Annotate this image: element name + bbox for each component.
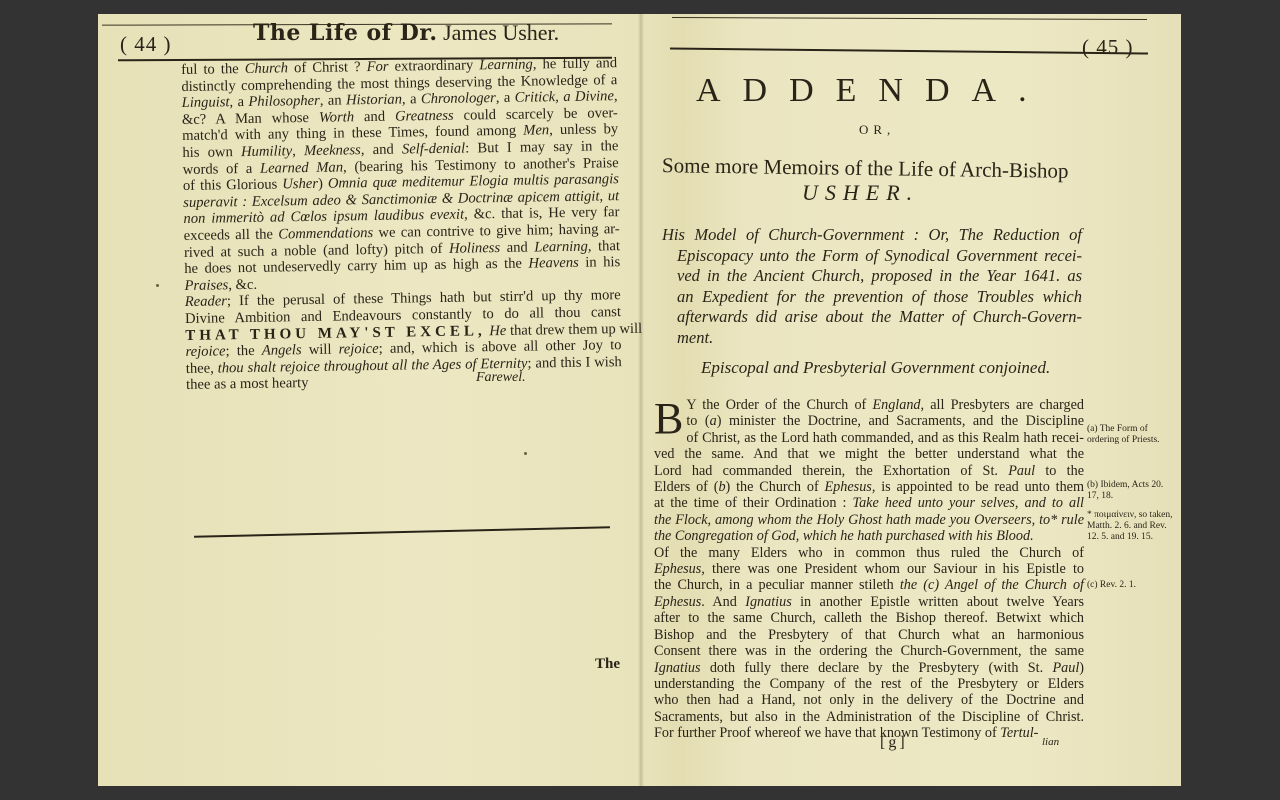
speck — [524, 452, 527, 455]
text-line: the Church, in a peculiar manner stileth… — [654, 577, 1084, 593]
end-rule — [194, 526, 610, 537]
page-number: ( 44 ) — [120, 32, 172, 57]
section-heading: Episcopal and Presbyterial Government co… — [701, 358, 1050, 378]
text-line: Of the many Elders who in common thus ru… — [654, 545, 1084, 561]
header-rule-top — [672, 17, 1147, 20]
text-line: to (a) minister the Doctrine, and Sacram… — [654, 413, 1084, 429]
right-page: ( 45 ) ADDENDA. OR, Some more Memoirs of… — [644, 14, 1181, 786]
margin-note: (c) Rev. 2. 1. — [1087, 580, 1177, 591]
header-rule-bottom — [670, 47, 1148, 54]
margin-note: (a) The Form of ordering of Priests. — [1087, 424, 1177, 446]
text-line: Bishop and the Presbytery of that Church… — [654, 627, 1084, 643]
heading-line: ved in the Ancient Church, proposed in t… — [662, 266, 1082, 287]
text-line: the Flock, among whom the Holy Ghost hat… — [654, 512, 1084, 528]
running-head: The Life of Dr. James Usher. — [253, 20, 559, 46]
left-body-text: ful to the Church of Christ ? For extrao… — [181, 55, 622, 394]
running-head-roman: James Usher. — [443, 20, 559, 45]
text-line: of Christ, as the Lord hath commanded, a… — [654, 430, 1084, 446]
catchword: The — [595, 656, 620, 673]
margin-note: (b) Ibidem, Acts 20. 17, 18. — [1087, 480, 1177, 502]
text-line: ved the same. And that we might the bett… — [654, 446, 1084, 462]
text-line: at the time of their Ordination : Take h… — [654, 495, 1084, 511]
right-body-text: B Y the Order of the Church of England, … — [654, 397, 1084, 742]
subtitle-name: USHER. — [802, 180, 919, 206]
valediction: Farewel. — [476, 370, 526, 386]
page-number: ( 45 ) — [1082, 35, 1134, 60]
text-line: For further Proof whereof we have that k… — [654, 725, 1084, 741]
text-line: Lord had commanded therein, the Exhortat… — [654, 463, 1084, 479]
left-page: ( 44 ) The Life of Dr. James Usher. ful … — [98, 14, 638, 786]
book-spread: ( 44 ) The Life of Dr. James Usher. ful … — [98, 14, 1181, 786]
heading-line: an Expedient for the prevention of those… — [662, 287, 1082, 308]
text-line: Y the Order of the Church of England, al… — [654, 397, 1084, 413]
running-head-blackletter: The Life of Dr. — [253, 20, 438, 46]
text-line: the Congregation of God, which he hath p… — [654, 528, 1084, 544]
text-line: Ephesus, there was one President whom ou… — [654, 561, 1084, 577]
catchword: lian — [1042, 736, 1059, 748]
text-line: understanding the Company of the rest of… — [654, 676, 1084, 692]
text-line: Consent there was in the ordering the Ch… — [654, 643, 1084, 659]
heading-line: His Model of Church-Government : Or, The… — [662, 225, 1082, 246]
heading-line: afterwards did arise about the Matter of… — [662, 307, 1082, 328]
title-or: OR, — [859, 122, 895, 138]
heading-line: ment. — [662, 328, 1082, 349]
text-line: Ephesus. And Ignatius in another Epistle… — [654, 594, 1084, 610]
title: ADDENDA. — [696, 72, 1066, 110]
margin-note: * ποιμαίνειν, so taken, Matth. 2. 6. and… — [1087, 510, 1177, 543]
text-line: Sacraments, but also in the Administrati… — [654, 709, 1084, 725]
text-line: who then had a Hand, not only in the del… — [654, 692, 1084, 708]
text-line: Ignatius doth fully there declare by the… — [654, 660, 1084, 676]
signature-mark: [g] — [880, 734, 908, 752]
text-line: Elders of (b) the Church of Ephesus, is … — [654, 479, 1084, 495]
text-line: after to the same Church, calleth the Bi… — [654, 610, 1084, 626]
model-heading: His Model of Church-Government : Or, The… — [662, 225, 1082, 348]
speck — [156, 284, 159, 287]
drop-cap: B — [654, 401, 683, 437]
heading-line: Episcopacy unto the Form of Synodical Go… — [662, 246, 1082, 267]
